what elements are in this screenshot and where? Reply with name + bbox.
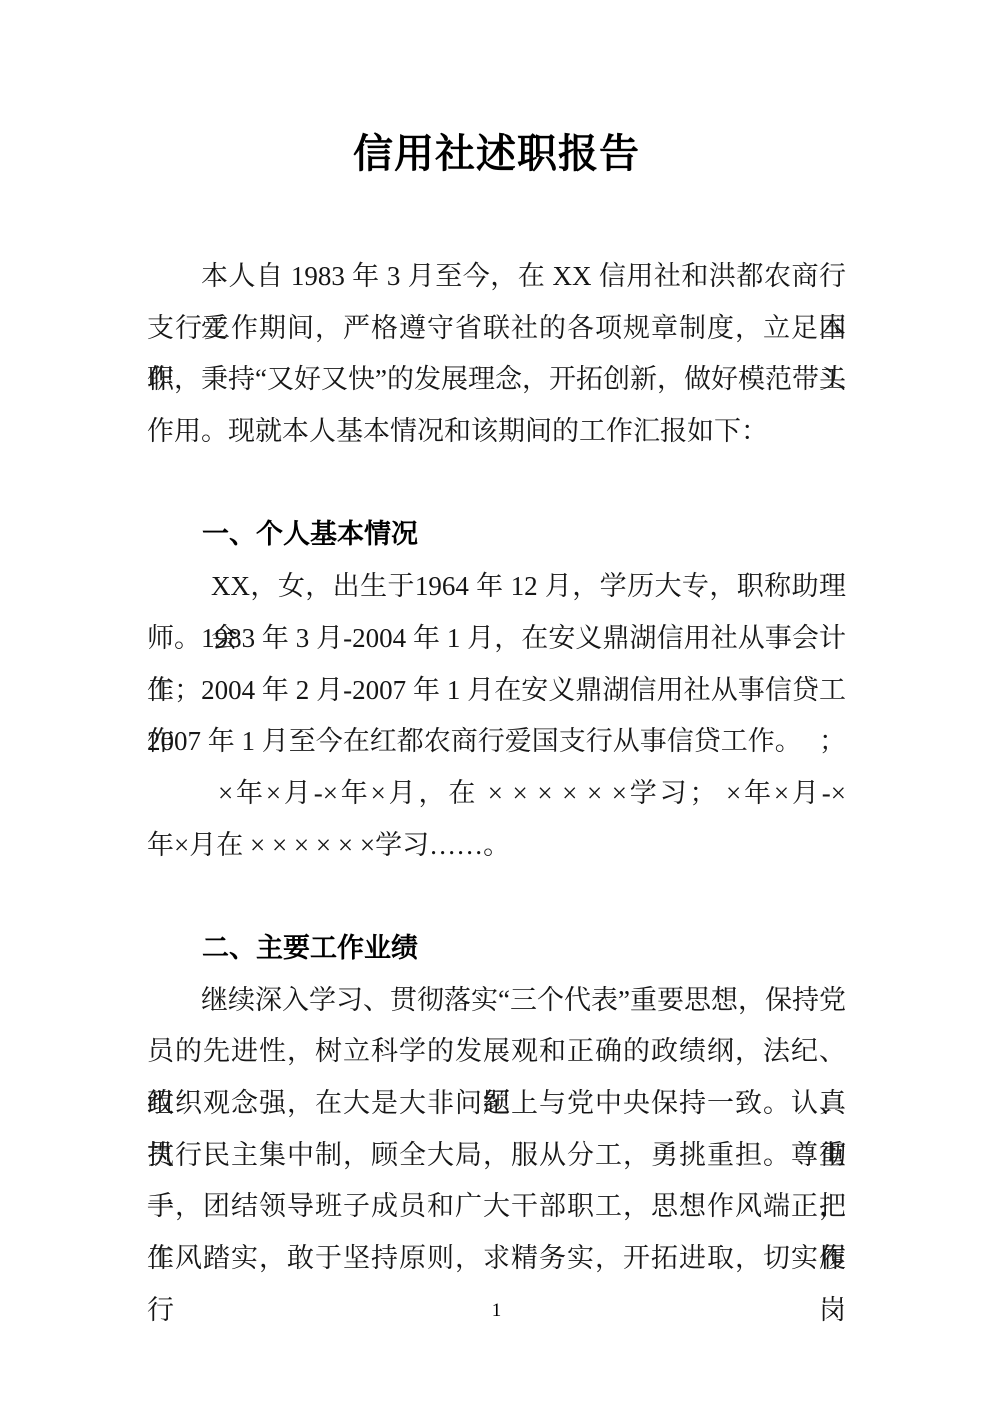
document-body: 本人自 1983 年 3 月至今，在 XX 信用社和洪都农商行爱国 支行工作期间… [147,251,846,1285]
paragraph-intro: 本人自 1983 年 3 月至今，在 XX 信用社和洪都农商行爱国 支行工作期间… [147,251,846,458]
paragraph-line: 手，团结领导班子成员和广大干部职工，思想作风端正，工作 [147,1181,846,1233]
page-number: 1 [0,1298,993,1324]
document-page: 信用社述职报告 本人自 1983 年 3 月至今，在 XX 信用社和洪都农商行爱… [0,0,993,1404]
paragraph-line: 继续深入学习、贯彻落实“三个代表”重要思想，保持党 [147,975,846,1027]
blank-line [147,458,846,510]
paragraph-line: 年×月在 × × × × × ×学习……。 [147,820,846,872]
section-heading-work-achievements: 二、主要工作业绩 [147,923,846,975]
paragraph-line: 作用。现就本人基本情况和该期间的工作汇报如下： [147,406,846,458]
paragraph-line: 作，秉持“又好又快”的发展理念，开拓创新，做好模范带头 [147,354,846,406]
paragraph-study-placeholder: ×年×月-×年×月，在 × × × × × ×学习； ×年×月-× 年×月在 ×… [147,768,846,871]
paragraph-line: 支行工作期间，严格遵守省联社的各项规章制度，立足本职工 [147,303,846,355]
paragraph-line: 作；2004 年 2 月-2007 年 1 月在安义鼎湖信用社从事信贷工作； [147,665,846,717]
document-title: 信用社述职报告 [0,123,993,184]
section-heading-basic-info: 一、个人基本情况 [147,509,846,561]
paragraph-achievements: 继续深入学习、贯彻落实“三个代表”重要思想，保持党 员的先进性，树立科学的发展观… [147,975,846,1285]
paragraph-personal-history: XX，女，出生于1964 年 12 月，学历大专，职称助理会计 师。1983 年… [147,561,846,768]
paragraph-line: 组织观念强，在大是大非问题上与党中央保持一致。认真贯彻 [147,1078,846,1130]
paragraph-line: ×年×月-×年×月，在 × × × × × ×学习； ×年×月-× [147,768,846,820]
paragraph-line: XX，女，出生于1964 年 12 月，学历大专，职称助理会计 [147,561,846,613]
paragraph-line: 师。1983 年 3 月-2004 年 1 月，在安义鼎湖信用社从事会计工 [147,613,846,665]
paragraph-line: 执行民主集中制，顾全大局，服从分工，勇挑重担。尊重一把 [147,1130,846,1182]
paragraph-line: 员的先进性，树立科学的发展观和正确的政绩纲，法纪、政纪、 [147,1026,846,1078]
paragraph-line: 2007 年 1 月至今在红都农商行爱国支行从事信贷工作。 [147,716,846,768]
paragraph-line: 作风踏实，敢于坚持原则，求精务实，开拓进取，切实履行岗 [147,1233,846,1285]
paragraph-line: 本人自 1983 年 3 月至今，在 XX 信用社和洪都农商行爱国 [147,251,846,303]
blank-line [147,871,846,923]
